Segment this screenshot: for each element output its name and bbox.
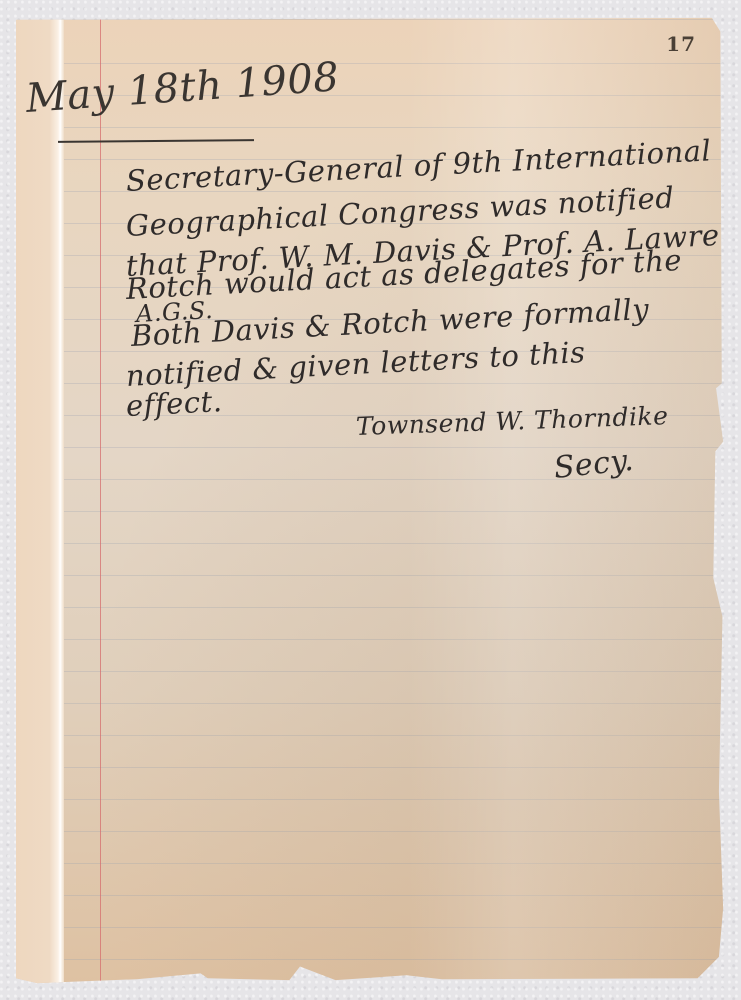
binding-stub (16, 14, 64, 986)
red-margin-line (100, 14, 101, 986)
page-number: 17 (666, 32, 696, 56)
ledger-page: 17 May 18th 1908 Secretary-General of 9t… (16, 14, 726, 986)
entry-line: effect. (125, 384, 223, 423)
